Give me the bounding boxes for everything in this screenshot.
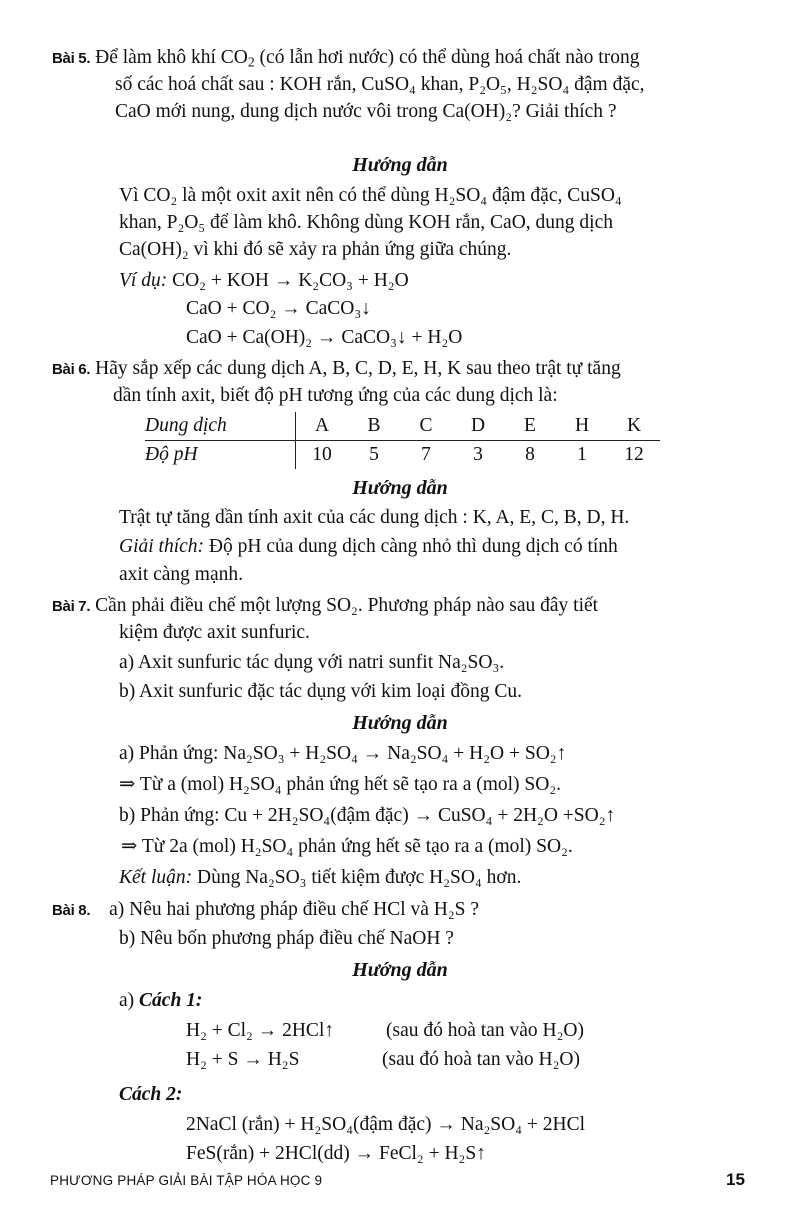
equation: CO₂ + KOH → K₂CO₃ + H₂O xyxy=(172,270,409,291)
exercise-7-answer-line-1: a) Phản ứng: Na₂SO₃ + H₂SO₄ → Na₂SO₄ + H… xyxy=(119,742,566,766)
exercise-7-option-b: b) Axit sunfuric đặc tác dụng với kim lo… xyxy=(119,680,522,704)
page-number: 15 xyxy=(726,1170,745,1190)
ph-table-value-row: Độ pH 10 5 7 3 8 1 12 xyxy=(145,441,660,470)
text: a) Nêu hai phương pháp điều chế HCl và H… xyxy=(109,899,479,920)
exercise-6-answer-line-2: Giải thích: Độ pH của dung dịch càng nhỏ… xyxy=(119,535,618,559)
ph-table-col: B xyxy=(348,412,400,441)
exercise-8-m2-eq2: FeS(rắn) + 2HCl(dd) → FeCl₂ + H₂S↑ xyxy=(186,1142,486,1166)
footer-book-title: PHƯƠNG PHÁP GIẢI BÀI TẬP HÓA HỌC 9 xyxy=(50,1173,322,1188)
ph-table-cell: 8 xyxy=(504,441,556,470)
text: Để làm khô khí CO xyxy=(95,47,248,68)
ph-table-col: C xyxy=(400,412,452,441)
exercise-5-answer-line-1: Vì CO₂ là một oxit axit nên có thể dùng … xyxy=(119,184,622,208)
text: a) xyxy=(119,990,139,1011)
exercise-6-question-line-2: dần tính axit, biết độ pH tương ứng của … xyxy=(113,384,558,408)
exercise-7-question-line-2: kiệm được axit sunfuric. xyxy=(119,621,310,645)
ph-table-header-label: Dung dịch xyxy=(145,412,296,441)
exercise-7-answer-line-4: ⇒ Từ 2a (mol) H₂SO₄ phản ứng hết sẽ tạo … xyxy=(121,835,573,859)
exercise-5-label: Bài 5. xyxy=(52,50,90,67)
exercise-5-guide-heading: Hướng dẫn xyxy=(0,153,800,177)
ph-table-cell: 3 xyxy=(452,441,504,470)
exercise-7-answer-line-2: ⇒ Từ a (mol) H₂SO₄ phản ứng hết sẽ tạo r… xyxy=(119,773,561,797)
ph-table-cell: 7 xyxy=(400,441,452,470)
exercise-5-example-line-2: CaO + CO₂ → CaCO₃↓ xyxy=(186,297,371,321)
exercise-8-method-1-heading: a) Cách 1: xyxy=(119,989,202,1013)
exercise-8-m1-note1: (sau đó hoà tan vào H₂O) xyxy=(386,1019,584,1043)
conclusion-label: Kết luận: xyxy=(119,867,192,888)
ph-table-col: E xyxy=(504,412,556,441)
exercise-8-m1-eq2: H₂ + S → H₂S xyxy=(186,1048,299,1072)
exercise-8-m1-note2: (sau đó hoà tan vào H₂O) xyxy=(382,1048,580,1072)
exercise-8-guide-heading: Hướng dẫn xyxy=(0,958,800,982)
exercise-6-question-line-1: Bài 6. Hãy sắp xếp các dung dịch A, B, C… xyxy=(52,357,621,382)
exercise-6-label: Bài 6. xyxy=(52,361,90,378)
exercise-5-answer-line-3: Ca(OH)₂ vì khi đó sẽ xảy ra phản ứng giữ… xyxy=(119,238,511,262)
exercise-5-answer-line-2: khan, P₂O₅ để làm khô. Không dùng KOH rắ… xyxy=(119,211,613,235)
exercise-8-method-2-heading: Cách 2: xyxy=(119,1083,182,1107)
ph-table: Dung dịch A B C D E H K Độ pH 10 5 7 3 8… xyxy=(145,412,660,469)
exercise-5-question-line-1: Bài 5. Để làm khô khí CO2 (có lẫn hơi nư… xyxy=(52,46,639,71)
textbook-page: Bài 5. Để làm khô khí CO2 (có lẫn hơi nư… xyxy=(0,0,800,1213)
exercise-8-question-b: b) Nêu bốn phương pháp điều chế NaOH ? xyxy=(119,927,454,951)
text: Độ pH của dung dịch càng nhỏ thì dung dị… xyxy=(204,536,618,557)
ph-table-col: K xyxy=(608,412,660,441)
exercise-5-example-line-3: CaO + Ca(OH)₂ → CaCO₃↓ + H₂O xyxy=(186,326,462,350)
exercise-8-label: Bài 8. xyxy=(52,902,90,919)
subscript: 2 xyxy=(248,54,255,69)
exercise-7-question-line-1: Bài 7. Cần phải điều chế một lượng SO₂. … xyxy=(52,594,598,619)
ph-table-col: D xyxy=(452,412,504,441)
example-label: Ví dụ: xyxy=(119,270,167,291)
ph-table-cell: 5 xyxy=(348,441,400,470)
ph-table-col: A xyxy=(296,412,349,441)
exercise-5-question-line-2: số các hoá chất sau : KOH rắn, CuSO₄ kha… xyxy=(115,73,645,97)
exercise-6-guide-heading: Hướng dẫn xyxy=(0,476,800,500)
explain-label: Giải thích: xyxy=(119,536,204,557)
text: Cần phải điều chế một lượng SO₂. Phương … xyxy=(95,595,598,616)
exercise-7-guide-heading: Hướng dẫn xyxy=(0,711,800,735)
exercise-7-conclusion: Kết luận: Dùng Na₂SO₃ tiết kiệm được H₂S… xyxy=(119,866,521,890)
exercise-8-m1-eq1: H₂ + Cl₂ → 2HCl↑ xyxy=(186,1019,334,1043)
exercise-7-option-a: a) Axit sunfuric tác dụng với natri sunf… xyxy=(119,651,504,675)
ph-table-col: H xyxy=(556,412,608,441)
exercise-7-answer-line-3: b) Phản ứng: Cu + 2H₂SO₄(đậm đặc) → CuSO… xyxy=(119,804,615,828)
ph-table-cell: 12 xyxy=(608,441,660,470)
ph-table-cell: 1 xyxy=(556,441,608,470)
exercise-8-m2-eq1: 2NaCl (rắn) + H₂SO₄(đậm đặc) → Na₂SO₄ + … xyxy=(186,1113,585,1137)
exercise-5-question-line-3: CaO mới nung, dung dịch nước vôi trong C… xyxy=(115,100,617,124)
text: Dùng Na₂SO₃ tiết kiệm được H₂SO₄ hơn. xyxy=(192,867,521,888)
ph-table-header-row: Dung dịch A B C D E H K xyxy=(145,412,660,441)
ph-table-cell: 10 xyxy=(296,441,349,470)
text: Hãy sắp xếp các dung dịch A, B, C, D, E,… xyxy=(95,358,621,379)
method-2-label: Cách 2: xyxy=(119,1084,182,1105)
ph-table-row-label: Độ pH xyxy=(145,441,296,470)
exercise-8-question-a: Bài 8. a) Nêu hai phương pháp điều chế H… xyxy=(52,898,479,923)
exercise-6-answer-line-1: Trật tự tăng dần tính axit của các dung … xyxy=(119,506,629,530)
method-1-label: Cách 1: xyxy=(139,990,202,1011)
exercise-7-label: Bài 7. xyxy=(52,598,90,615)
text: (có lẫn hơi nước) có thể dùng hoá chất n… xyxy=(255,47,640,68)
exercise-5-example-line-1: Ví dụ: CO₂ + KOH → K₂CO₃ + H₂O xyxy=(119,269,409,293)
exercise-6-answer-line-3: axit càng mạnh. xyxy=(119,563,243,587)
